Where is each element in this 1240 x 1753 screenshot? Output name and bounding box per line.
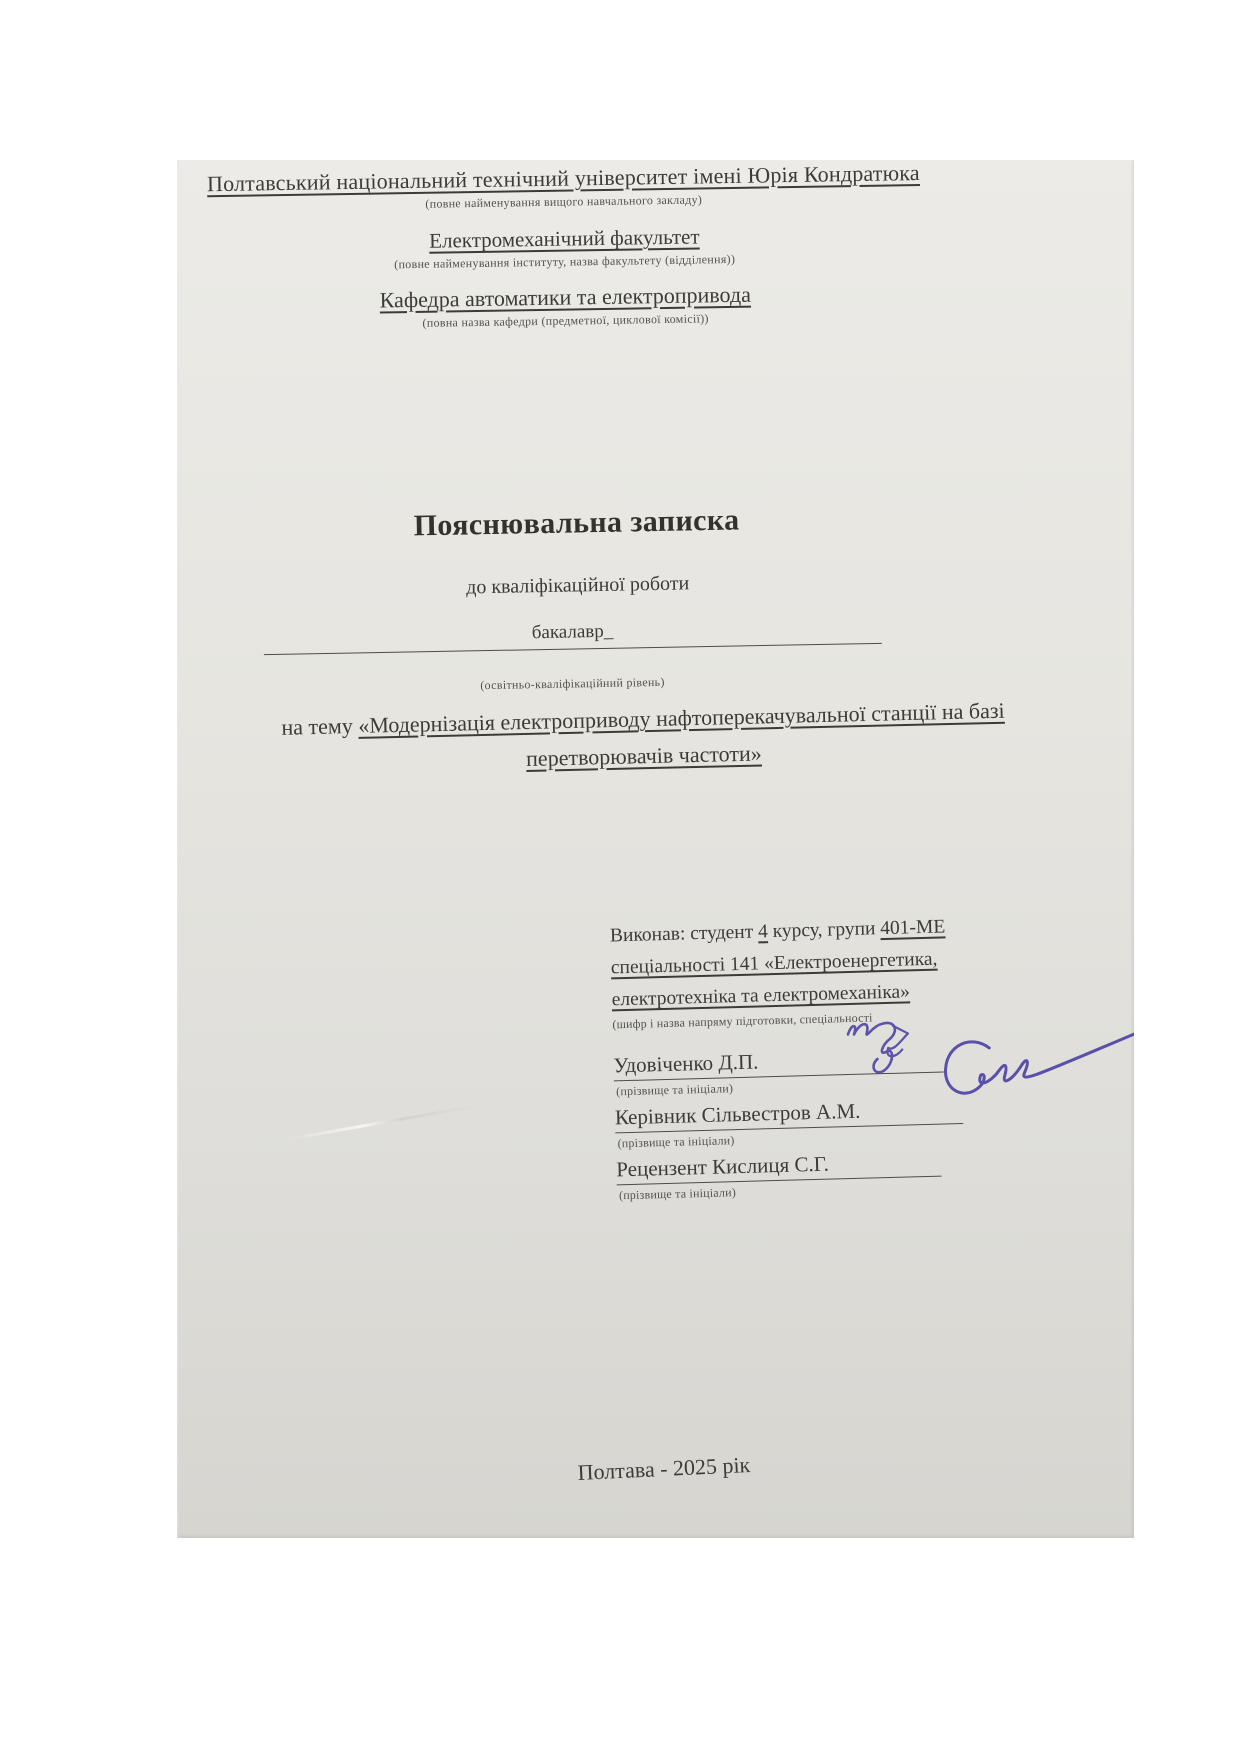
title-block: Пояснювальна записка до кваліфікаційної … [177,499,981,605]
executor-middle: курсу, групи [768,918,881,942]
executor-prefix: Виконав: студент [610,921,759,946]
scan-background: Полтавський національний технічний уніве… [0,0,1240,1753]
topic-prefix: на тему [281,713,358,740]
executor-course: 4 [758,921,768,942]
executor-block: Виконав: студент 4 курсу, групи 401-МЕ с… [610,911,978,1209]
student-name-row: Удовіченко Д.П. [613,1043,944,1081]
degree-block: бакалавр_ (освітньо-кваліфікаційний ріве… [177,611,1132,629]
subtitle: до кваліфікаційної роботи [177,567,981,605]
degree-value: бакалавр_ [263,616,881,655]
document-header: Полтавський національний технічний уніве… [177,160,962,335]
paper-crease [286,1104,479,1141]
footer-city-year: Полтава - 2025 рік [191,1434,1134,1504]
reviewer-name-row: Рецензент Кислиця С.Г. [616,1148,942,1186]
document-content: Полтавський національний технічний уніве… [177,160,1134,1538]
topic-block: на тему «Модернізація електроприводу наф… [177,689,1110,785]
main-title: Пояснювальна записка [177,499,980,548]
document-paper-sheet: Полтавський національний технічний уніве… [177,160,1134,1538]
executor-group: 401-МЕ [880,916,946,939]
